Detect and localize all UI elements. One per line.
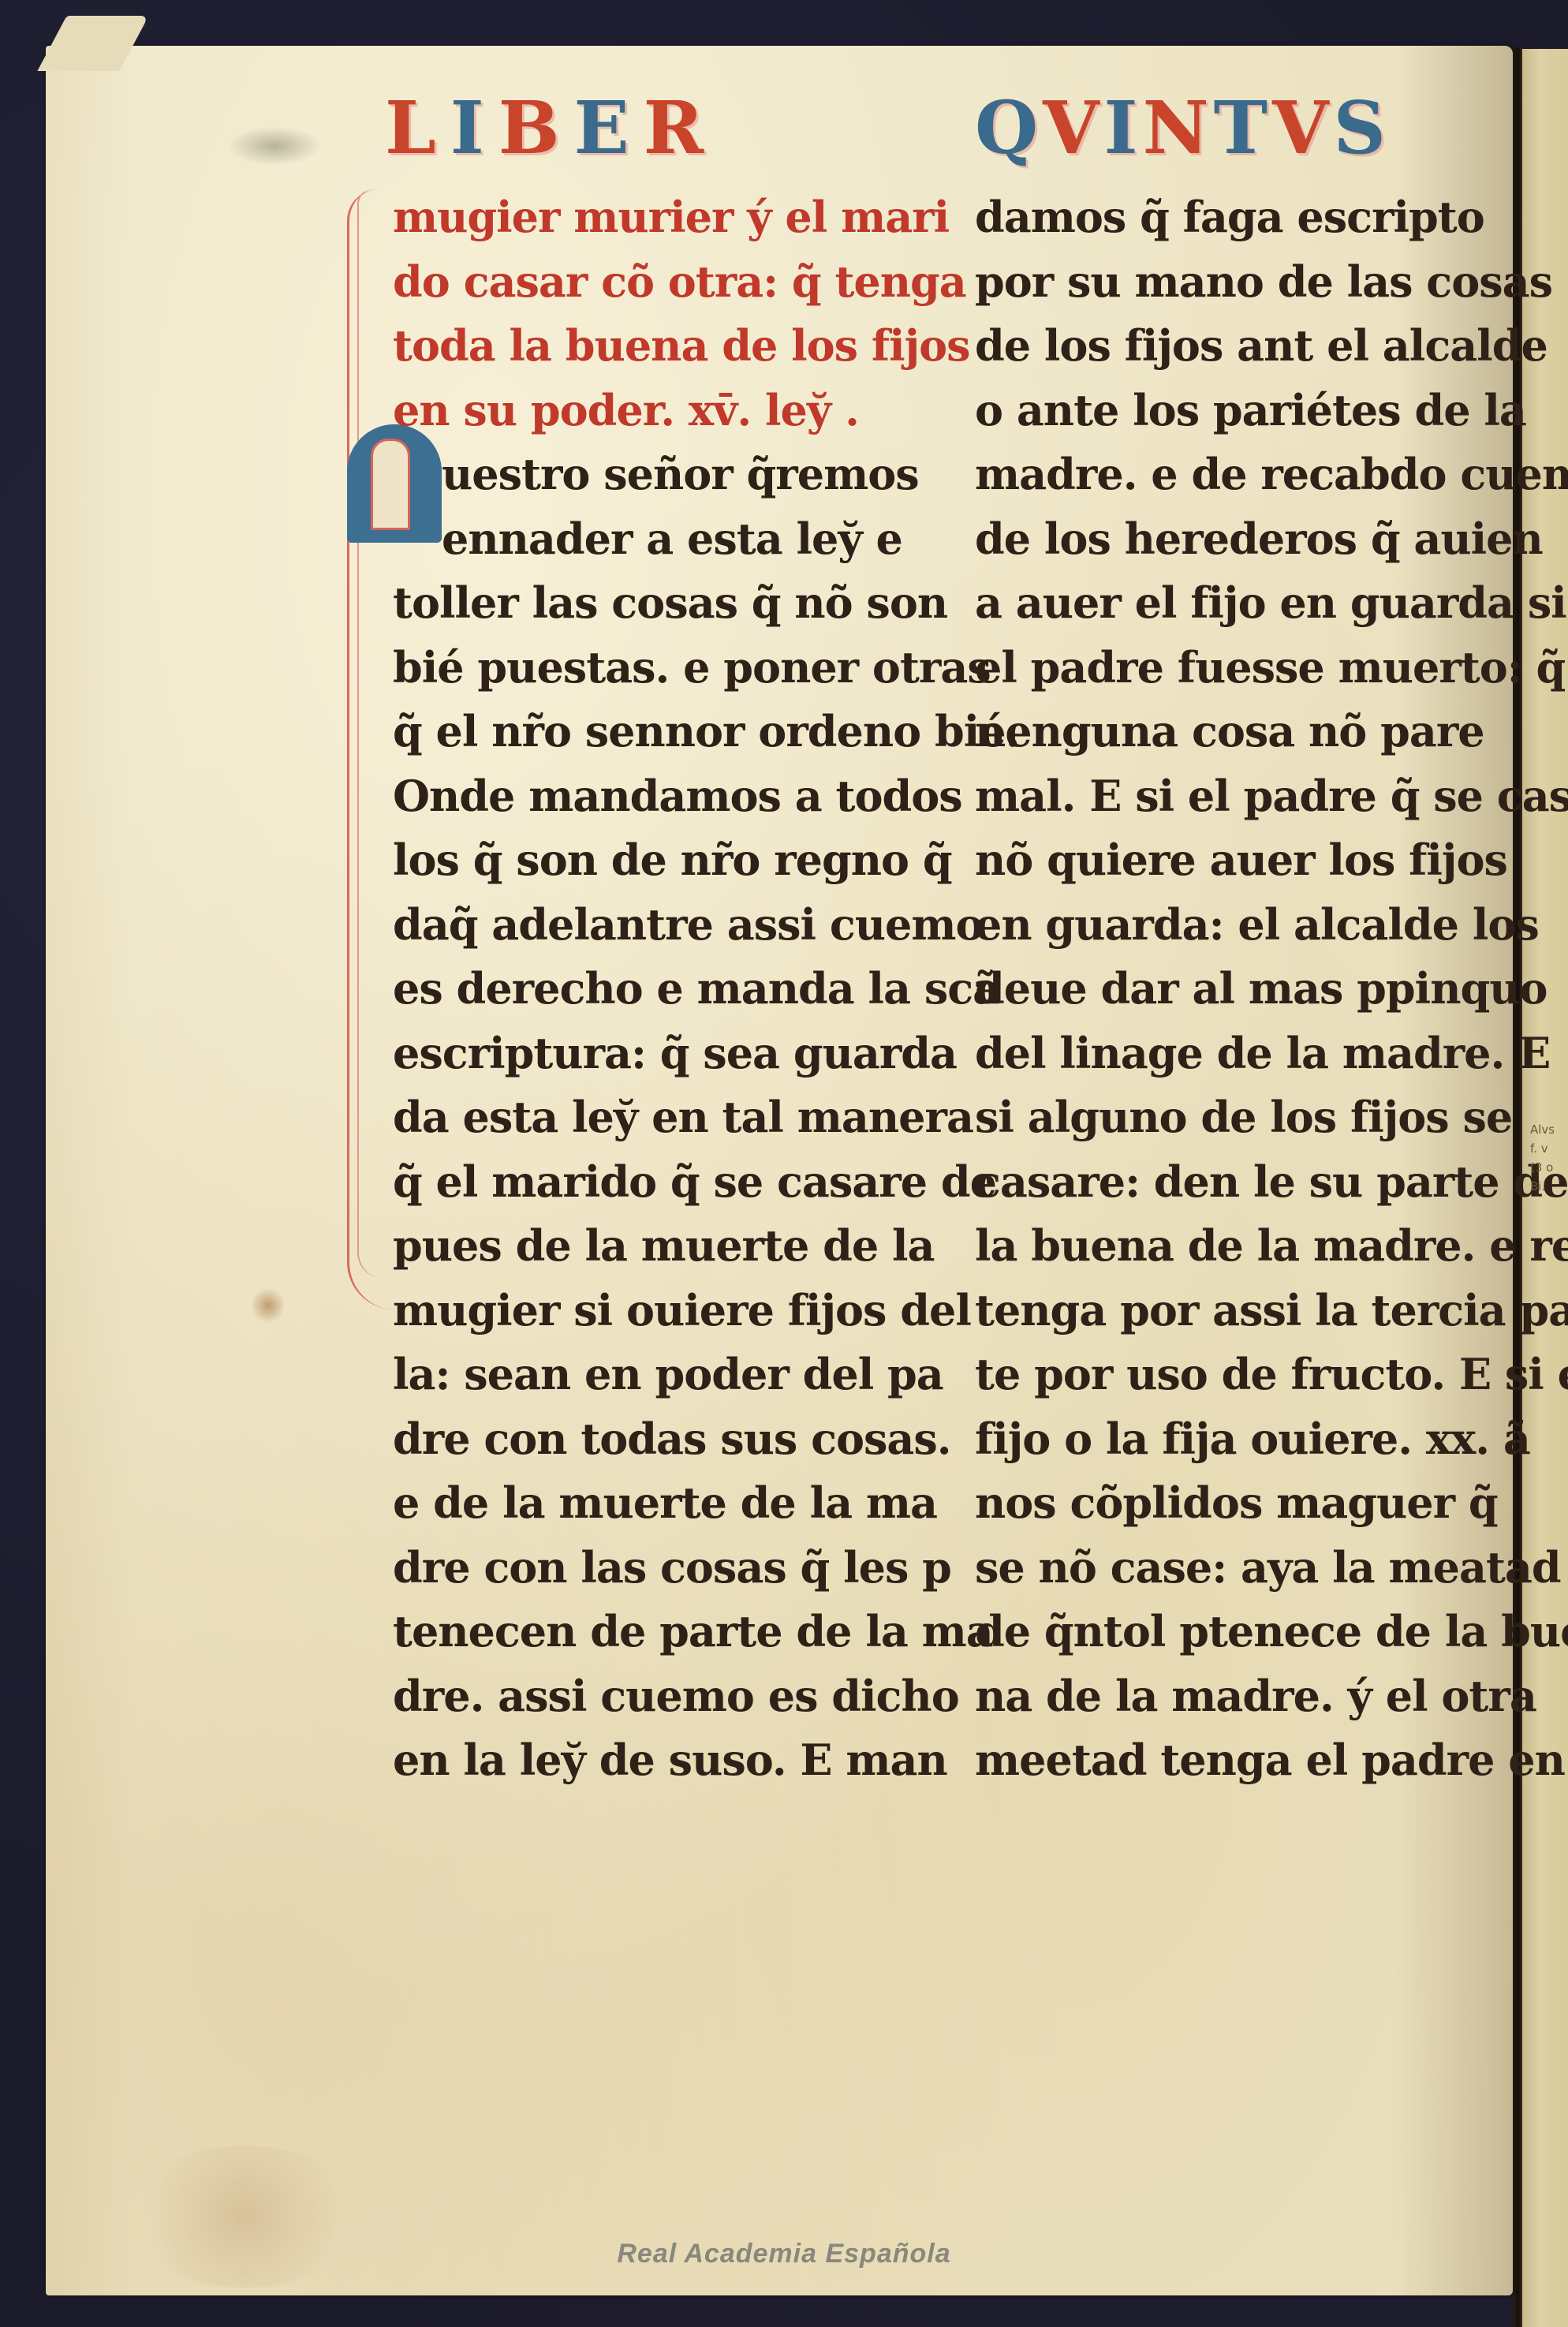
text-line: toller las cosas q̃ nõ son	[393, 571, 866, 636]
text-line: la buena de la madre. e re	[975, 1214, 1448, 1279]
ink-smudge	[227, 126, 322, 166]
text-line: dre con todas sus cosas.	[393, 1407, 866, 1472]
left-text-column: mugier murier ý el mari do casar cõ otra…	[393, 185, 866, 1793]
text-line: de los fijos ant el alcalde	[975, 314, 1448, 379]
head-letter: N	[1143, 85, 1214, 170]
text-line: nos cõplidos maguer q̃	[975, 1471, 1448, 1536]
text-line: de q̃ntol ptenece de la bue	[975, 1600, 1448, 1664]
text-line: madre. e de recabdo cuemo	[975, 443, 1448, 507]
text-line: q̃ el nr̃o sennor ordeno bié.	[393, 700, 866, 764]
institution-watermark: Real Academia Española	[0, 2239, 1568, 2269]
text-line: na de la madre. ý el otra	[975, 1664, 1448, 1729]
text-line: el padre fuesse muerto: q̃	[975, 636, 1448, 700]
text-line: deue dar al mas ppinquo	[975, 957, 1448, 1022]
text-line: casare: den le su parte de	[975, 1150, 1448, 1215]
text-line: o ante los pariétes de la	[975, 379, 1448, 443]
text-line: tenecen de parte de la ma	[393, 1600, 866, 1664]
margin-note-line: Bi.	[1530, 1177, 1568, 1196]
text-line: a auer el fijo en guarda si	[975, 571, 1448, 636]
margin-note-line: (3 o	[1530, 1158, 1568, 1177]
text-line: se nõ case: aya la meatad	[975, 1536, 1448, 1601]
text-line: e de la muerte de la ma	[393, 1471, 866, 1536]
rubric-line: toda la buena de los fijos	[393, 314, 866, 379]
text-line: damos q̃ faga escripto	[975, 185, 1448, 250]
text-line: nenguna cosa nõ pare	[975, 700, 1448, 764]
head-letter: S	[1334, 85, 1391, 170]
text-line: dre con las cosas q̃ les p	[393, 1536, 866, 1601]
text-line: mal. E si el padre q̃ se casa	[975, 764, 1448, 829]
folded-corner	[37, 16, 148, 71]
text-line: daq̃ adelantre assi cuemo	[393, 893, 866, 958]
text-line: la: sean en poder del pa	[393, 1343, 866, 1407]
text-line: de los herederos q̃ auien	[975, 507, 1448, 572]
margin-annotation: Alvs f. v (3 o Bi.	[1530, 1120, 1568, 1196]
head-letter: R	[644, 85, 718, 170]
text-line: q̃ el marido q̃ se casare de	[393, 1150, 866, 1215]
margin-note-line: f. v	[1530, 1139, 1568, 1158]
text-line: si alguno de los fijos se	[975, 1085, 1448, 1150]
text-line: bié puestas. e poner otras	[393, 636, 866, 700]
text-line: nõ quiere auer los fijos	[975, 828, 1448, 893]
text-line: fijo o la fija ouiere. xx. ã	[975, 1407, 1448, 1472]
head-letter: L	[385, 85, 450, 170]
text-line: uestro señor q̃remos	[393, 443, 866, 507]
text-line: es derecho e manda la scã	[393, 957, 866, 1022]
head-letter: I	[1104, 85, 1143, 170]
text-line: en la ley̆ de suso. E man	[393, 1728, 866, 1793]
head-letter: I	[450, 85, 498, 170]
head-letter: Q	[975, 85, 1043, 170]
text-line: da esta ley̆ en tal manera	[393, 1085, 866, 1150]
text-line: mugier si ouiere fijos del	[393, 1279, 866, 1343]
running-head-liber: L I B E R	[385, 84, 718, 170]
rubric-line: mugier murier ý el mari	[393, 185, 866, 250]
text-line: dre. assi cuemo es dicho	[393, 1664, 866, 1729]
text-line: te por uso de fructo. E si el	[975, 1343, 1448, 1407]
rubric-line: en su poder. xv̄. ley̆ .	[393, 379, 866, 443]
rubric-line: do casar cõ otra: q̃ tenga	[393, 250, 866, 315]
text-line: pues de la muerte de la	[393, 1214, 866, 1279]
text-line: del linage de la madre. E	[975, 1022, 1448, 1086]
head-letter: V	[1272, 85, 1333, 170]
head-letter: E	[574, 85, 644, 170]
text-line: en guarda: el alcalde los	[975, 893, 1448, 958]
text-line: tenga por assi la tercia par	[975, 1279, 1448, 1343]
head-letter: V	[1043, 85, 1103, 170]
text-line: meetad tenga el padre en	[975, 1728, 1448, 1793]
head-letter: B	[498, 85, 574, 170]
text-line: los q̃ son de nr̃o regno q̃	[393, 828, 866, 893]
text-line: ennader a esta ley̆ e	[393, 507, 866, 572]
text-line: por su mano de las cosas	[975, 250, 1448, 315]
text-line: escriptura: q̃ sea guarda	[393, 1022, 866, 1086]
margin-note-line: Alvs	[1530, 1120, 1568, 1139]
stain-spot	[252, 1286, 284, 1325]
text-line: Onde mandamos a todos	[393, 764, 866, 829]
head-letter: T	[1214, 85, 1272, 170]
running-head-quintus: Q V I N T V S	[975, 84, 1391, 170]
right-text-column: damos q̃ faga escripto por su mano de la…	[975, 185, 1448, 1793]
